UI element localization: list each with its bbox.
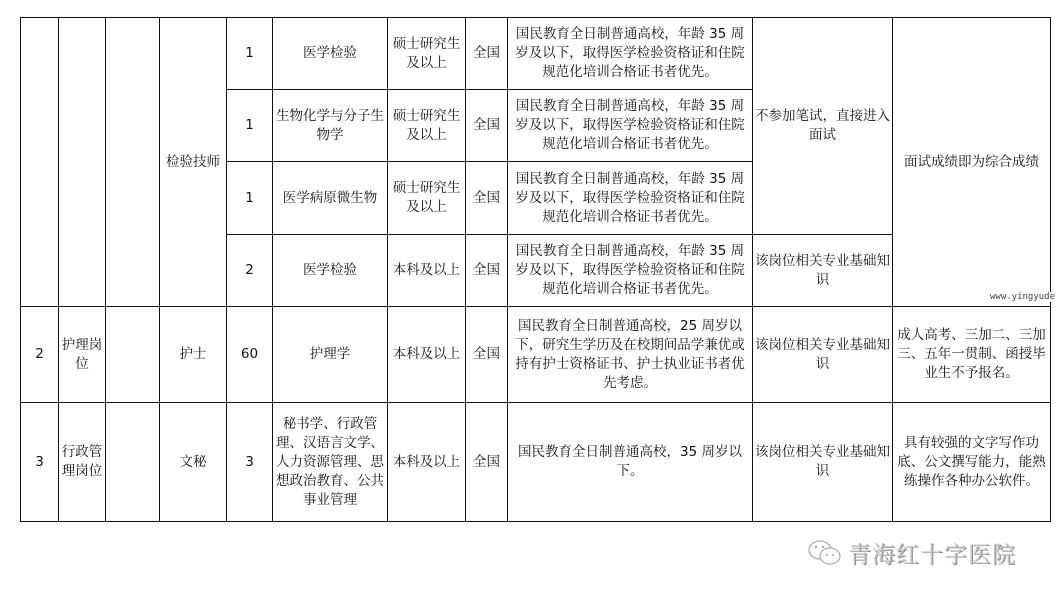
category-cell: 护理岗位 [59,307,106,403]
wechat-icon [808,539,842,567]
exam-cell: 不参加笔试，直接进入面试 [753,18,893,235]
position-cell: 护士 [160,307,227,403]
scope-cell: 全国 [466,18,508,90]
account-logo: 青海红十字医院 [808,536,1016,569]
education-cell: 硕士研究生及以上 [388,18,466,90]
category-cell [59,18,106,307]
site-watermark: www.yingyude [990,292,1055,302]
major-cell: 生物化学与分子生物学 [273,90,388,162]
account-name: 青海红十字医院 [848,536,1016,569]
remarks-cell: 具有较强的文字写作功底、公文撰写能力，能熟练操作各种办公软件。 [893,403,1051,522]
requirements-cell: 国民教育全日制普通高校，年龄 35 周岁及以下，取得医学检验资格证和住院规范化培… [508,90,753,162]
blank-cell [106,403,160,522]
requirements-cell: 国民教育全日制普通高校，35 周岁以下。 [508,403,753,522]
count-cell: 1 [227,18,273,90]
major-cell: 医学检验 [273,18,388,90]
requirements-cell: 国民教育全日制普通高校，25 周岁以下，研究生学历及在校期间品学兼优或持有护士资… [508,307,753,403]
major-cell: 医学病原微生物 [273,162,388,235]
requirements-cell: 国民教育全日制普通高校，年龄 35 周岁及以下，取得医学检验资格证和住院规范化培… [508,235,753,307]
count-cell: 1 [227,162,273,235]
count-cell: 3 [227,403,273,522]
exam-cell: 该岗位相关专业基础知识 [753,403,893,522]
education-cell: 本科及以上 [388,403,466,522]
exam-cell: 该岗位相关专业基础知识 [753,307,893,403]
scope-cell: 全国 [466,307,508,403]
table-row: 检验技师 1 医学检验 硕士研究生及以上 全国 国民教育全日制普通高校，年龄 3… [21,18,1051,90]
category-cell: 行政管理岗位 [59,403,106,522]
position-cell: 检验技师 [160,18,227,307]
position-cell: 文秘 [160,403,227,522]
education-cell: 硕士研究生及以上 [388,162,466,235]
major-cell: 秘书学、行政管理、汉语言文学、人力资源管理、思想政治教育、公共事业管理 [273,403,388,522]
major-cell: 医学检验 [273,235,388,307]
count-cell: 60 [227,307,273,403]
education-cell: 本科及以上 [388,307,466,403]
recruitment-table: 检验技师 1 医学检验 硕士研究生及以上 全国 国民教育全日制普通高校，年龄 3… [20,17,1051,522]
scope-cell: 全国 [466,90,508,162]
requirements-cell: 国民教育全日制普通高校，年龄 35 周岁及以下，取得医学检验资格证和住院规范化培… [508,162,753,235]
seq-cell: 3 [21,403,59,522]
blank-cell [106,307,160,403]
scope-cell: 全国 [466,162,508,235]
remarks-cell: 面试成绩即为综合成绩 [893,18,1051,307]
seq-cell: 2 [21,307,59,403]
table-row: 2 护理岗位 护士 60 护理学 本科及以上 全国 国民教育全日制普通高校，25… [21,307,1051,403]
count-cell: 1 [227,90,273,162]
blank-cell [106,18,160,307]
scope-cell: 全国 [466,403,508,522]
exam-cell: 该岗位相关专业基础知识 [753,235,893,307]
education-cell: 硕士研究生及以上 [388,90,466,162]
table-row: 3 行政管理岗位 文秘 3 秘书学、行政管理、汉语言文学、人力资源管理、思想政治… [21,403,1051,522]
education-cell: 本科及以上 [388,235,466,307]
remarks-cell: 成人高考、三加二、三加三、五年一贯制、函授毕业生不予报名。 [893,307,1051,403]
scope-cell: 全国 [466,235,508,307]
seq-cell [21,18,59,307]
count-cell: 2 [227,235,273,307]
major-cell: 护理学 [273,307,388,403]
requirements-cell: 国民教育全日制普通高校，年龄 35 周岁及以下，取得医学检验资格证和住院规范化培… [508,18,753,90]
